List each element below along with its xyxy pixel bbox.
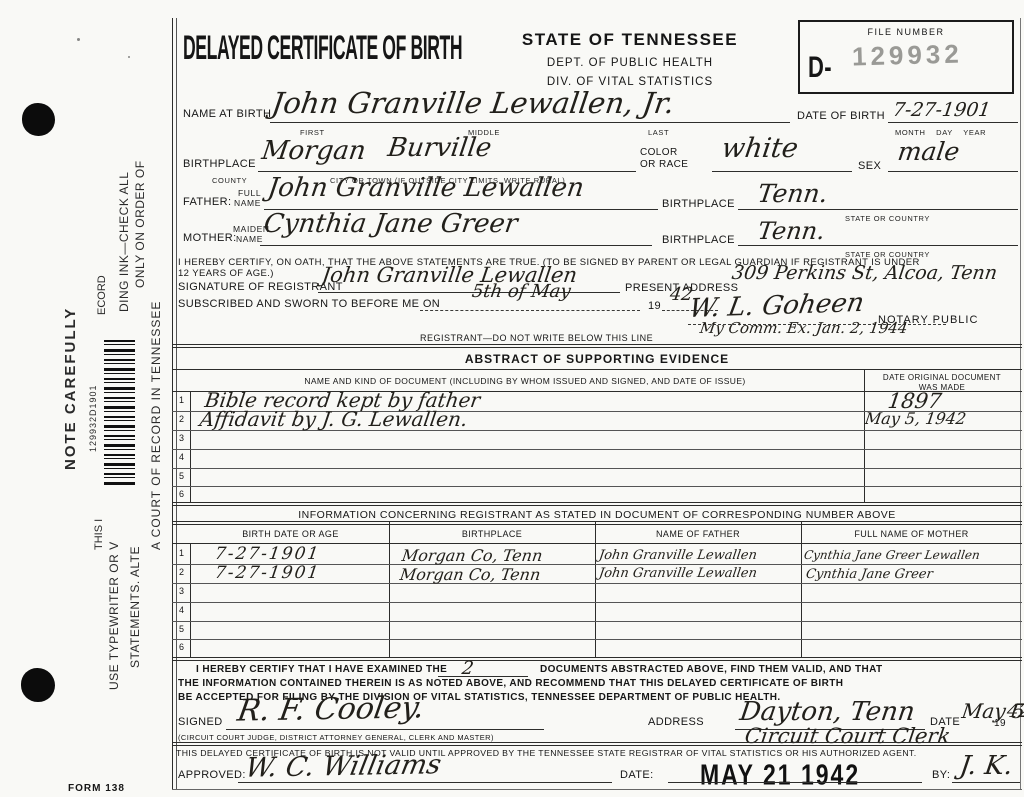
barcode: [104, 340, 135, 486]
state-title: STATE OF TENNESSEE: [470, 30, 790, 50]
signed-label: SIGNED: [178, 716, 223, 728]
margin-fragment-this: THIS I: [93, 519, 105, 550]
info-row-num: 4: [179, 605, 184, 615]
county-sublabel: COUNTY: [212, 176, 247, 185]
signed-address-label: ADDRESS: [648, 716, 704, 728]
do-not-write-line: REGISTRANT—DO NOT WRITE BELOW THIS LINE: [420, 333, 653, 343]
abstract-date-value: May 5, 1942: [864, 409, 968, 428]
sworn-date-value: 5th of May: [471, 281, 573, 302]
approval-by-value: J. K.: [958, 751, 1015, 781]
sex-label: SEX: [858, 160, 881, 172]
father-birthplace-value: Tenn.: [756, 179, 830, 208]
notary-commission-value: My Comm. Ex. Jan. 2, 1944: [699, 319, 909, 337]
mother-name-sublabel: NAME: [236, 234, 263, 244]
abstract-doc-header: NAME AND KIND OF DOCUMENT (INCLUDING BY …: [200, 376, 850, 386]
approved-label: APPROVED:: [178, 769, 246, 781]
birthplace-label: BIRTHPLACE: [183, 158, 256, 170]
signed-signature: R. F. Cooley.: [235, 690, 427, 728]
form-right-border: [1020, 18, 1021, 790]
approval-date-label: DATE:: [620, 769, 654, 781]
mother-label: MOTHER:: [183, 232, 237, 244]
abstract-row-num: 4: [179, 452, 184, 462]
mother-birthplace-label: BIRTHPLACE: [662, 234, 735, 246]
scan-speck: [128, 56, 130, 58]
info-col-mother: FULL NAME OF MOTHER: [801, 529, 1022, 539]
margin-barcode-number: 129932D1901: [88, 384, 98, 452]
info-birthplace-value: Morgan Co, Tenn: [401, 546, 544, 565]
sex-value: male: [896, 137, 961, 166]
father-birthplace-label: BIRTHPLACE: [662, 198, 735, 210]
certify-line1-post: DOCUMENTS ABSTRACTED ABOVE, FIND THEM VA…: [540, 664, 882, 675]
date-of-birth-value: 7-27-1901: [891, 99, 992, 121]
certify-line2: THE INFORMATION CONTAINED THEREIN IS AS …: [178, 678, 843, 689]
scanned-birth-certificate: NOTE CAREFULLY 129932D1901 ECORD THIS I …: [0, 0, 1024, 797]
color-value: white: [720, 133, 800, 164]
info-row-num: 5: [179, 624, 184, 634]
margin-fragment-order: ONLY ON ORDER OF: [133, 160, 147, 288]
info-row-num: 6: [179, 642, 184, 652]
abstract-row-num: 1: [179, 395, 184, 405]
file-number-label: FILE NUMBER: [800, 27, 1012, 37]
margin-fragment-court: A COURT OF RECORD IN TENNESSEE: [149, 301, 163, 550]
date-of-birth-label: DATE OF BIRTH: [797, 110, 885, 122]
signed-year-prefix: 19: [994, 718, 1006, 729]
abstract-document-value: Affidavit by J. G. Lewallen.: [198, 407, 469, 431]
abstract-row-num: 6: [179, 489, 184, 499]
info-title: INFORMATION CONCERNING REGISTRANT AS STA…: [172, 509, 1022, 521]
info-row-num: 3: [179, 586, 184, 596]
signer-title-label: (CIRCUIT COURT JUDGE, DISTRICT ATTORNEY …: [178, 733, 494, 742]
file-number-stamp: 129932: [852, 39, 964, 73]
father-state-country-sublabel: STATE OR COUNTRY: [845, 214, 930, 223]
scan-speck: [77, 38, 80, 41]
info-father-value: John Granville Lewallen: [598, 548, 758, 563]
form-title: DELAYED CERTIFICATE OF BIRTH: [183, 28, 462, 68]
form-left-border-inner: [176, 18, 177, 790]
signed-year-value: 42: [1006, 701, 1024, 722]
punch-hole-bottom: [21, 668, 55, 702]
name-at-birth-label: NAME AT BIRTH: [183, 108, 271, 120]
form-number: FORM 138: [68, 783, 125, 794]
color-label-1: COLOR: [640, 147, 678, 158]
margin-note-carefully: NOTE CAREFULLY: [62, 307, 79, 470]
info-mother-value: Cynthia Jane Greer: [805, 567, 934, 582]
certify-line1-pre: I HEREBY CERTIFY THAT I HAVE EXAMINED TH…: [196, 664, 447, 675]
margin-fragment-statements: STATEMENTS. ALTE: [128, 546, 142, 668]
abstract-row-num: 5: [179, 471, 184, 481]
info-birth-date-value: 7-27-1901: [214, 563, 322, 583]
margin-fragment-typewriter: USE TYPEWRITER OR V: [107, 541, 121, 690]
father-name-sublabel: NAME: [234, 198, 261, 208]
dept-line: DEPT. OF PUBLIC HEALTH: [470, 57, 790, 69]
abstract-title: ABSTRACT OF SUPPORTING EVIDENCE: [172, 352, 1022, 366]
color-label-2: OR RACE: [640, 159, 688, 170]
birthplace-city-value: Burville: [386, 133, 494, 163]
father-full-sublabel: FULL: [238, 188, 261, 198]
info-birthplace-value: Morgan Co, Tenn: [399, 565, 542, 584]
info-father-value: John Granville Lewallen: [598, 566, 758, 581]
info-row-num: 1: [179, 548, 184, 558]
approval-date-stamp: MAY 21 1942: [700, 758, 860, 792]
abstract-date-header-1: DATE ORIGINAL DOCUMENT: [866, 373, 1018, 382]
approved-signature: W. C. Williams: [243, 749, 444, 783]
sworn-year-prefix: 19: [648, 300, 661, 312]
file-number-box: FILE NUMBER D- 129932: [798, 20, 1014, 94]
abstract-row-num: 2: [179, 414, 184, 424]
info-row-num: 2: [179, 567, 184, 577]
form-left-border: [172, 18, 173, 790]
info-mother-value: Cynthia Jane Greer Lewallen: [803, 548, 981, 562]
margin-fragment-record: ECORD: [96, 275, 108, 315]
mother-name-value: Cynthia Jane Greer: [262, 209, 520, 239]
info-birth-date-value: 7-27-1901: [214, 544, 322, 564]
punch-hole-top: [22, 103, 55, 136]
last-sublabel: LAST: [648, 128, 669, 137]
father-label: FATHER:: [183, 196, 231, 208]
margin-fragment-ink: DING INK—CHECK ALL: [117, 172, 131, 312]
father-name-value: John Granville Lewallen: [266, 173, 586, 203]
abstract-row-num: 3: [179, 433, 184, 443]
mother-birthplace-value: Tenn.: [756, 217, 827, 245]
info-col-birthplace: BIRTHPLACE: [389, 529, 595, 539]
file-prefix: D-: [808, 50, 832, 85]
approval-by-label: BY:: [932, 769, 950, 781]
info-col-father: NAME OF FATHER: [595, 529, 801, 539]
name-at-birth-value: John Granville Lewallen, Jr.: [270, 86, 677, 120]
sworn-label: SUBSCRIBED AND SWORN TO BEFORE ME ON: [178, 298, 440, 310]
info-col-birth: BIRTH DATE OR AGE: [192, 529, 389, 539]
signed-address-value: Dayton, Tenn: [738, 697, 917, 727]
birthplace-county-value: Morgan: [260, 136, 368, 166]
oath-line2: 12 YEARS OF AGE.): [178, 268, 274, 279]
month-day-year-sublabel: MONTH DAY YEAR: [895, 128, 986, 137]
present-address-value: 309 Perkins St, Alcoa, Tenn: [730, 262, 998, 284]
